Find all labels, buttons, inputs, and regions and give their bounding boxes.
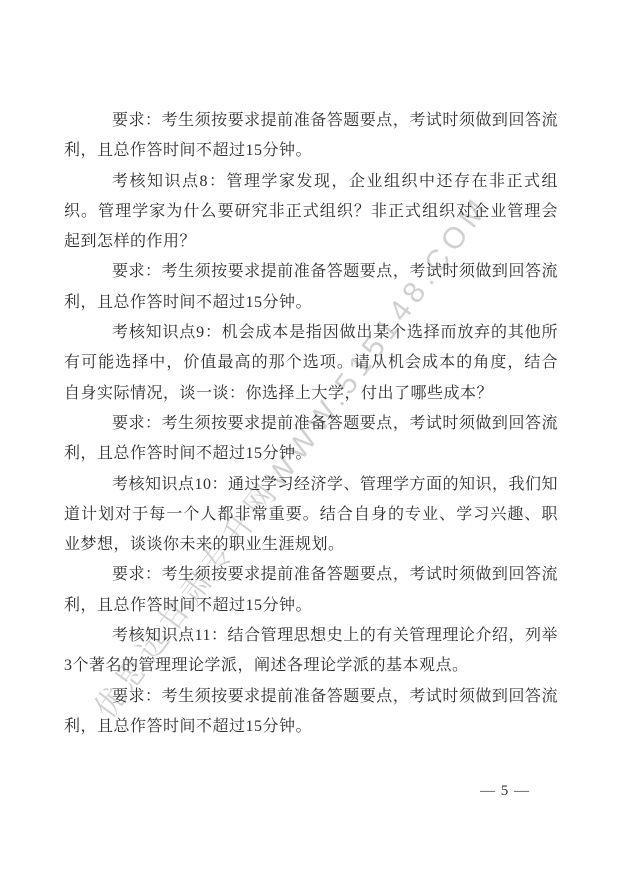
paragraph-requirement: 要求：考生须按要求提前准备答题要点，考试时须做到回答流利，且总作答时间不超过15… <box>64 682 558 743</box>
text-block: 要求：考生须按要求提前准备答题要点，考试时须做到回答流利，且总作答时间不超过15… <box>64 106 558 742</box>
paragraph-knowledge-point-9: 考核知识点9：机会成本是指因做出某个选择而放弃的其他所有可能选择中，价值最高的那… <box>64 318 558 409</box>
paragraph-knowledge-point-8: 考核知识点8：管理学家发现，企业组织中还存在非正式组织。管理学家为什么要研究非正… <box>64 167 558 258</box>
paragraph-knowledge-point-10: 考核知识点10：通过学习经济学、管理学方面的知识，我们知道计划对于每一个人都非常… <box>64 470 558 561</box>
paragraph-requirement: 要求：考生须按要求提前准备答题要点，考试时须做到回答流利，且总作答时间不超过15… <box>64 409 558 470</box>
paragraph-requirement: 要求：考生须按要求提前准备答题要点，考试时须做到回答流利，且总作答时间不超过15… <box>64 257 558 318</box>
page-number: — 5 — <box>480 783 530 800</box>
paragraph-requirement: 要求：考生须按要求提前准备答题要点，考试时须做到回答流利，且总作答时间不超过15… <box>64 560 558 621</box>
paragraph-knowledge-point-11: 考核知识点11：结合管理思想史上的有关管理理论介绍，列举3个著名的管理理论学派，… <box>64 621 558 682</box>
document-page: 优思远甘肃专升网WWW.515148.COM 要求：考生须按要求提前准备答题要点… <box>0 0 620 877</box>
paragraph-requirement: 要求：考生须按要求提前准备答题要点，考试时须做到回答流利，且总作答时间不超过15… <box>64 106 558 167</box>
